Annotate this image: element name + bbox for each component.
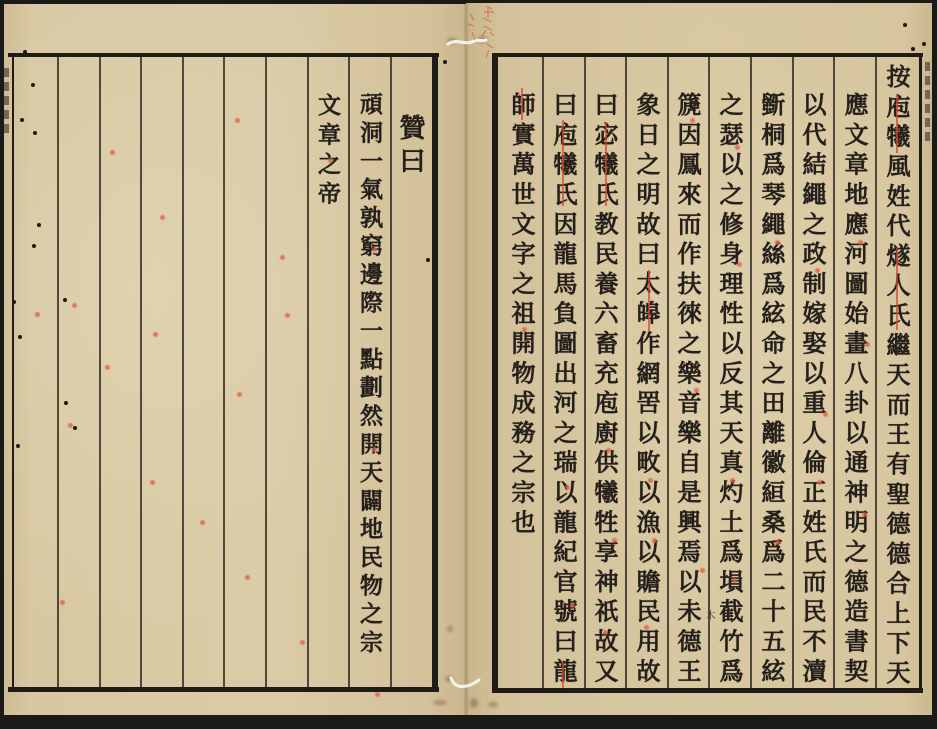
red-punctuation-dot [823,412,828,417]
right-frame-left [492,53,498,693]
red-dot [235,118,240,123]
text-column: 文章之帝 [313,93,341,211]
column-rule [57,57,59,687]
red-dot [300,640,305,645]
red-punctuation-dot [862,512,867,517]
red-punctuation-dot [603,630,608,635]
proper-noun-mark [605,122,607,206]
red-punctuation-dot [775,540,780,545]
proper-noun-mark [562,120,564,206]
ink-speck [32,244,36,248]
text-column: 以代結繩之政制嫁娶以重人倫正姓氏而民不瀆 [798,92,826,688]
column-rule [792,57,794,688]
red-punctuation-dot [644,625,649,630]
red-dot [105,365,110,370]
ink-speck [18,335,22,339]
ink-speck [63,298,67,302]
column-rule [708,57,710,688]
red-punctuation-dot [865,342,870,347]
proper-noun-mark [896,95,898,153]
binding-stain [478,36,487,43]
red-punctuation-dot [522,327,527,332]
red-dot [280,255,285,260]
column-rule [223,57,225,687]
red-punctuation-dot [694,388,699,393]
red-dot [245,575,250,580]
column-rule [140,57,142,687]
left-frame-bottom [8,687,439,692]
correction-annotation: 木 [701,610,716,620]
red-punctuation-dot [612,538,617,543]
red-punctuation-dot [775,240,780,245]
red-dot [72,303,77,308]
proper-noun-mark [562,662,564,688]
red-punctuation-dot [648,478,653,483]
ink-speck [12,300,16,304]
binding-stain [488,702,498,707]
red-punctuation-dot [565,485,570,490]
red-dot [237,392,242,397]
binding-stain [447,38,457,44]
column-rule [182,57,184,687]
red-punctuation-dot [735,145,740,150]
margin-title-cropped [4,68,10,138]
binding-stain [445,676,453,682]
column-rule [542,57,544,688]
red-punctuation-dot [606,448,611,453]
red-dot [110,150,115,155]
red-punctuation-dot [817,480,822,485]
column-rule [584,57,586,688]
proper-noun-mark [521,88,523,120]
binding-crease [463,3,469,715]
margin-title-cropped [925,62,931,146]
red-dot [372,247,377,252]
ink-speck [20,118,24,122]
red-punctuation-dot [690,118,695,123]
red-dot [372,447,377,452]
column-rule [99,57,101,687]
proper-noun-mark [896,248,898,330]
red-dot [160,215,165,220]
column-rule [833,57,835,688]
column-rule [625,57,627,688]
binding-stain [433,700,447,705]
red-dot [200,520,205,525]
red-punctuation-dot [858,240,863,245]
ink-speck [911,47,915,51]
ink-speck [426,258,430,262]
ink-speck [33,131,37,135]
red-dot [153,332,158,337]
text-column: 頑洞一氣孰窮邊際一點劃然開天闢地民物之宗 [355,92,383,658]
ink-speck [23,50,27,54]
red-punctuation-dot [815,268,820,273]
red-punctuation-dot [732,578,737,583]
right-frame-bottom [492,688,923,693]
column-rule [750,57,752,688]
text-column: 按庖犧風姓代燧人氏繼天而王有聖德德合上下天 [882,64,910,690]
ink-speck [443,60,447,64]
binding-stain [447,626,453,632]
red-punctuation-dot [737,262,742,267]
ink-speck [37,223,41,227]
text-column: 之瑟以之修身理性以反其天真灼土爲塤截竹爲 [715,92,743,688]
column-rule [875,57,877,688]
text-column: 應文章地應河圖始畫八卦以通神明之德造書契 [840,92,868,688]
ink-speck [903,23,907,27]
red-punctuation-dot [700,568,705,573]
left-frame-left [12,53,14,692]
column-rule [390,57,392,687]
red-punctuation-dot [652,538,657,543]
left-page [4,4,468,715]
ink-speck [16,444,20,448]
text-column: 斵桐爲琴繩絲爲絃命之田離徽絙桑爲二十五絃 [757,92,785,688]
ink-speck [31,83,35,87]
text-column: 象日之明故曰太皞作網罟以畋以漁以贍民用故 [632,92,660,688]
text-column: 曰宓犧氏教民養六畜充庖廚供犧牲享神祇故又 [590,92,618,688]
eulogy-heading: 贊曰 [396,114,424,180]
ink-speck [73,426,77,430]
red-dot [285,313,290,318]
red-dot [35,312,40,317]
column-rule [265,57,267,687]
ink-speck [922,42,926,46]
red-punctuation-dot [730,478,735,483]
ink-speck [64,401,68,405]
red-dot [60,600,65,605]
proper-noun-mark [648,270,650,332]
red-dot [375,692,380,697]
red-dot [150,480,155,485]
column-rule [667,57,669,688]
red-dot [328,158,333,163]
binding-stain [470,698,478,708]
red-punctuation-dot [570,603,575,608]
right-frame-right [919,53,922,693]
text-column: 師實萬世文字之祖開物成務之宗也 [507,92,535,539]
book-spread: 贊曰 頑洞一氣孰窮邊際一點劃然開天闢地民物之宗 文章之帝 按庖犧風姓代燧人氏繼天… [0,0,937,729]
column-rule [348,57,350,687]
left-frame-right [432,53,438,692]
column-rule [307,57,309,687]
